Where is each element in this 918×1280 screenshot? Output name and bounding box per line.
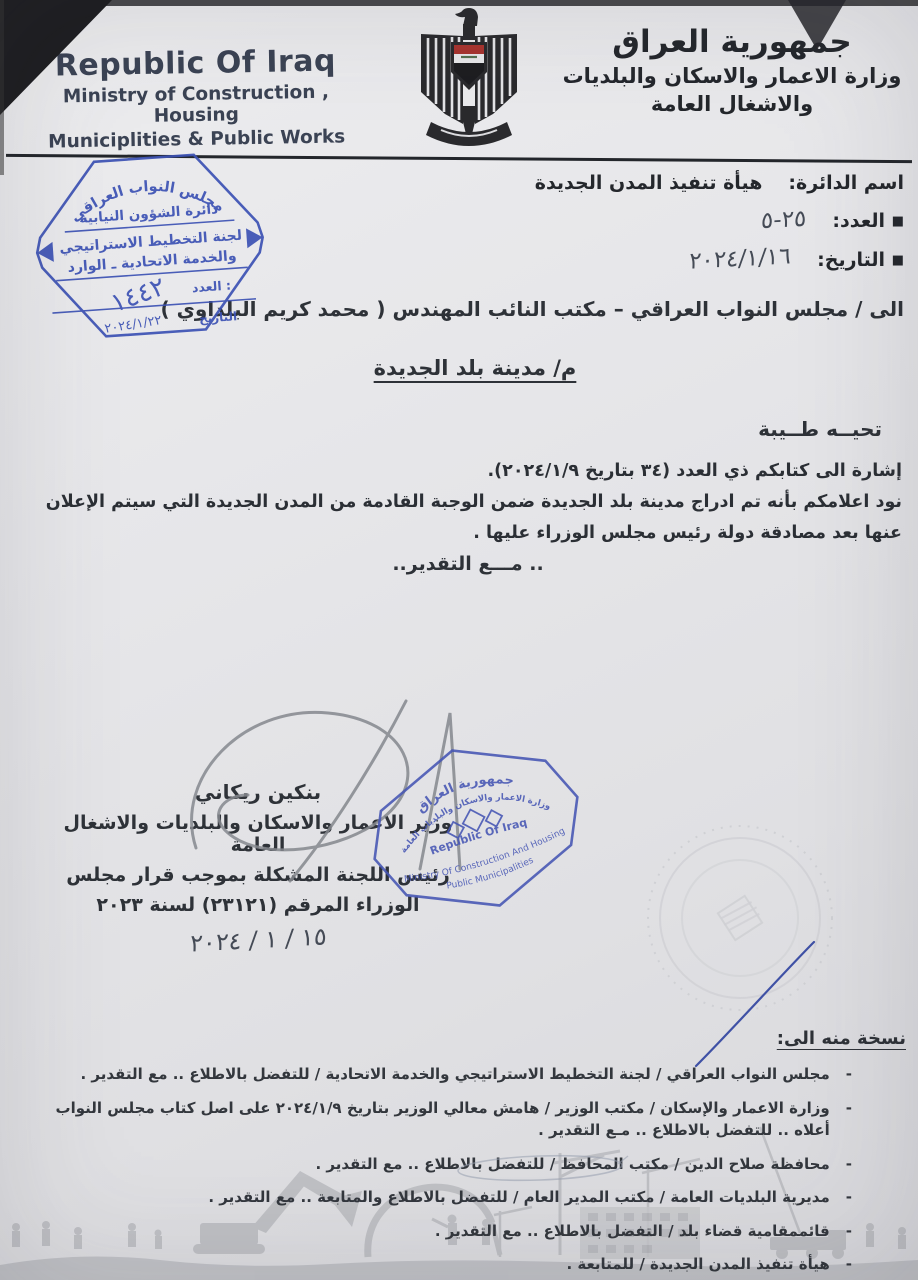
date-row: ■ التاريخ: ٢٠٢٤/١/١٦ xyxy=(464,246,904,272)
letter-body: إشارة الى كتابكم ذي العدد (٣٤ بتاريخ ٢٠٢… xyxy=(36,456,902,549)
dash-bullet: - xyxy=(846,1153,852,1176)
body-main-text: نود اعلامكم بأنه تم ادراج مدينة بلد الجد… xyxy=(36,487,902,549)
greeting-line: تحيــه طــيبة xyxy=(758,417,882,441)
document-photo: Republic Of Iraq Ministry of Constructio… xyxy=(0,0,918,1280)
stamp-number-handwritten: ١٤٤٢ xyxy=(107,272,170,319)
square-bullet-icon: ■ xyxy=(892,214,904,229)
english-title: Republic Of Iraq xyxy=(27,43,364,84)
photo-edge-left xyxy=(0,0,4,175)
ministry-stamp-arabic-top: جمهورية العراق xyxy=(410,762,519,818)
dash-bullet: - xyxy=(846,1253,852,1276)
arabic-ministry-line2: والاشغال العامة xyxy=(556,92,908,116)
date-handwritten-value: ٢٠٢٤/١/١٦ xyxy=(689,243,792,274)
cc-item: -وزارة الاعمار والإسكان / مكتب الوزير / … xyxy=(16,1097,906,1142)
number-handwritten-value: ٢٥-٥ xyxy=(760,206,807,234)
number-label: ■ العدد: xyxy=(832,210,904,232)
dash-bullet: - xyxy=(846,1063,852,1086)
letterhead-english: Republic Of Iraq Ministry of Constructio… xyxy=(27,43,365,153)
number-row: ■ العدد: ٢٥-٥ xyxy=(464,207,904,233)
dash-bullet: - xyxy=(846,1097,852,1142)
letter-meta: اسم الدائرة: هيأة تنفيذ المدن الجديدة ■ … xyxy=(464,172,904,285)
square-bullet-icon: ■ xyxy=(892,253,904,268)
dash-bullet: - xyxy=(846,1220,852,1243)
iraq-eagle-emblem-icon xyxy=(415,6,523,156)
arabic-title: جمهورية العراق xyxy=(556,24,908,60)
cc-item: -مديرية البلديات العامة / مكتب المدير ال… xyxy=(16,1186,906,1209)
dash-bullet: - xyxy=(846,1186,852,1209)
cc-item: -هيأة تنفيذ المدن الجديدة / للمتابعة . xyxy=(16,1253,906,1276)
pen-annotation xyxy=(450,1150,630,1186)
stamp-date-label: التاريخ xyxy=(199,309,238,326)
body-reference-line: إشارة الى كتابكم ذي العدد (٣٤ بتاريخ ٢٠٢… xyxy=(36,456,902,487)
stamp-number-label: العدد : xyxy=(191,278,231,296)
photo-edge-top xyxy=(0,0,918,6)
cc-item: -قائممقامية قضاء بلد / التفضل بالاطلاع .… xyxy=(16,1220,906,1243)
pen-stroke-mark xyxy=(688,938,823,1073)
letterhead-arabic: جمهورية العراق وزارة الاعمار والاسكان وا… xyxy=(556,24,908,116)
received-stamp: مجلس النواب العراقي دائرة الشؤون النيابي… xyxy=(26,142,277,350)
department-label: اسم الدائرة: xyxy=(788,172,904,194)
date-label: ■ التاريخ: xyxy=(817,249,904,271)
english-ministry-line1: Ministry of Construction , Housing xyxy=(28,81,365,129)
arabic-ministry-line1: وزارة الاعمار والاسكان والبلديات xyxy=(556,64,908,88)
subject-line: م/ مدينة بلد الجديدة xyxy=(240,356,710,380)
svg-text:جمهورية العراق: جمهورية العراق xyxy=(410,762,519,818)
department-row: اسم الدائرة: هيأة تنفيذ المدن الجديدة xyxy=(464,172,904,194)
closing-line: .. مـــع التقدير.. xyxy=(258,553,678,575)
department-value: هيأة تنفيذ المدن الجديدة xyxy=(535,172,763,194)
